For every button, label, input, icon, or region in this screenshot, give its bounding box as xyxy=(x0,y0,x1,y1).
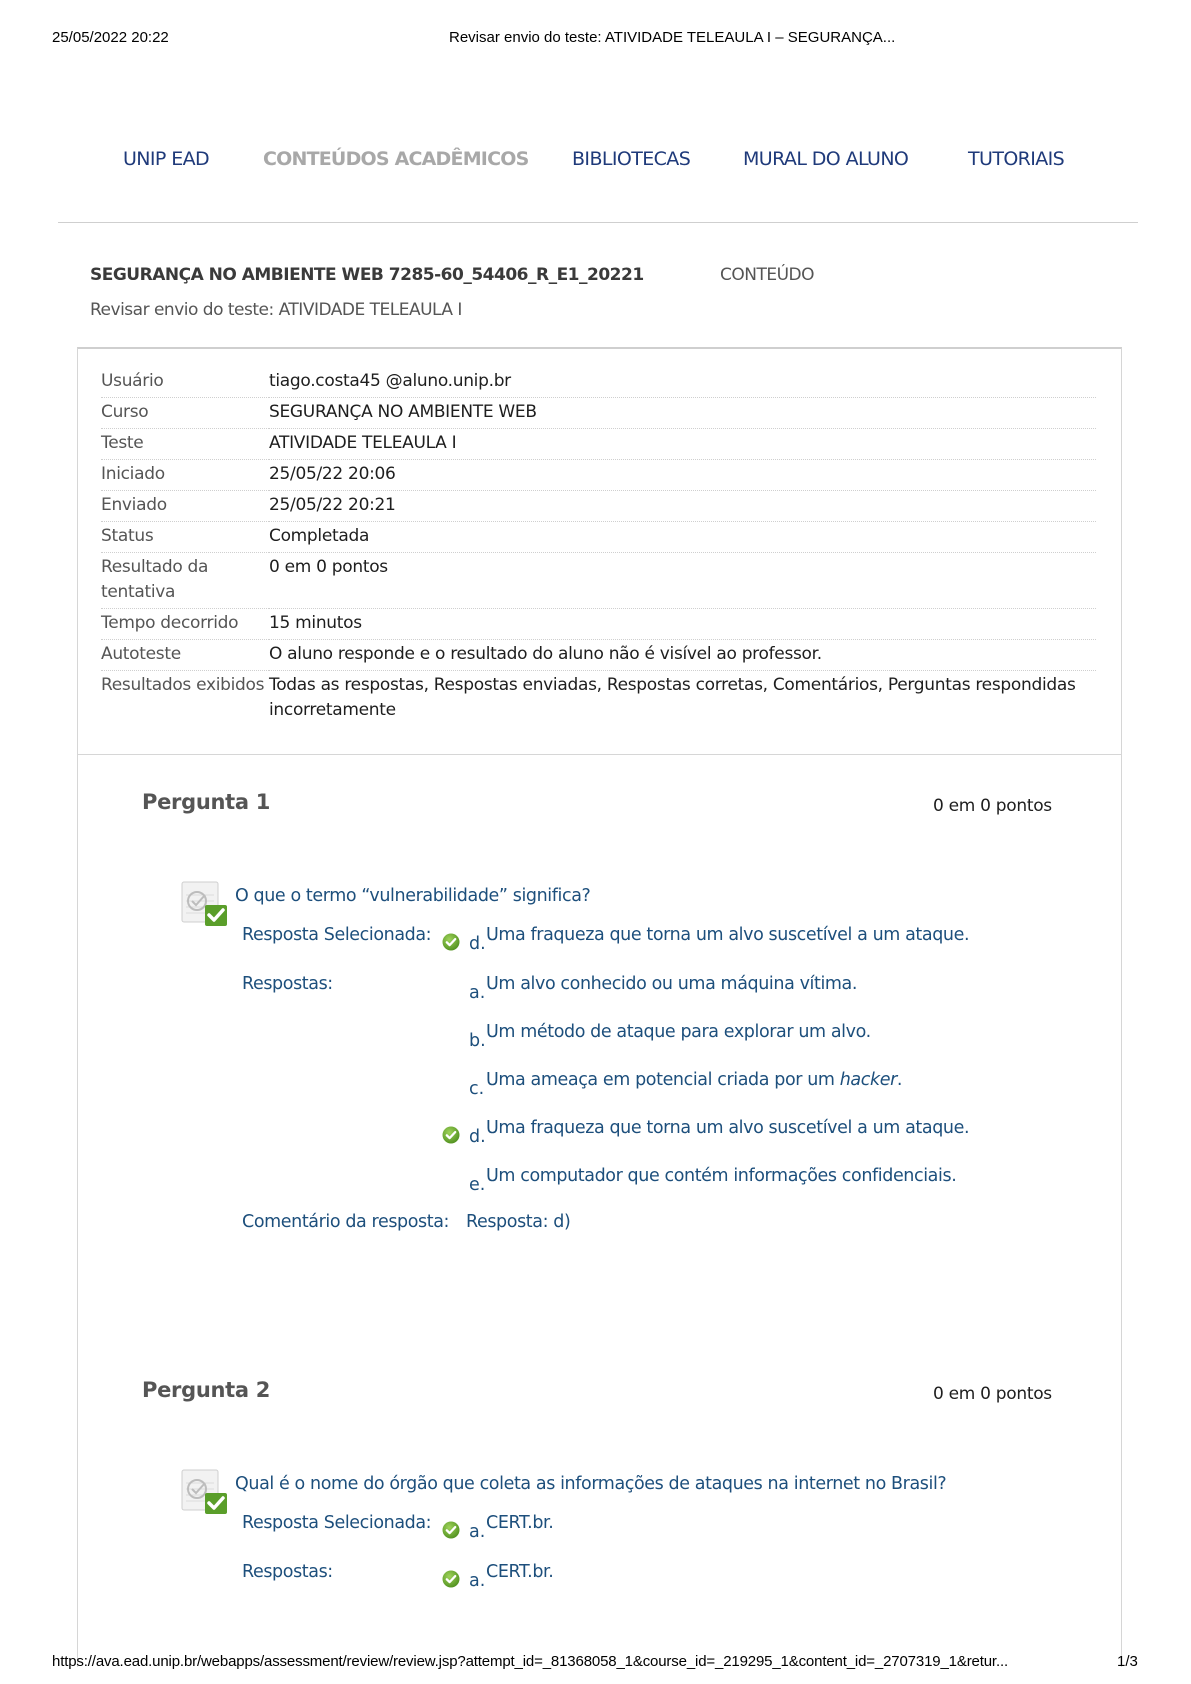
answer-text: Uma fraqueza que torna um alvo suscetíve… xyxy=(486,925,969,945)
breadcrumb: Revisar envio do teste: ATIVIDADE TELEAU… xyxy=(90,300,462,320)
nav-tutoriais[interactable]: TUTORIAIS xyxy=(968,148,1064,170)
nav-conteudos-academicos[interactable]: CONTEÚDOS ACADÊMICOS xyxy=(263,148,528,170)
answer-option-a: a. Um alvo conhecido ou uma máquina víti… xyxy=(442,974,1042,1000)
question-text: O que o termo “vulnerabilidade” signific… xyxy=(235,886,590,906)
answer-letter: b. xyxy=(469,1031,486,1051)
info-row: Enviado25/05/22 20:21 xyxy=(101,491,1096,522)
answer-text: Uma ameaça em potencial criada por um ha… xyxy=(486,1070,902,1090)
answer-letter: d. xyxy=(469,934,486,954)
info-value: tiago.costa45 @aluno.unip.br xyxy=(269,367,1096,398)
answer-text: Uma fraqueza que torna um alvo suscetíve… xyxy=(486,1118,969,1138)
selected-answer-label: Resposta Selecionada: xyxy=(242,1513,431,1533)
question-correct-icon xyxy=(181,1469,229,1515)
info-value: 0 em 0 pontos xyxy=(269,553,1096,609)
print-datetime: 25/05/2022 20:22 xyxy=(52,29,169,46)
info-value: O aluno responde e o resultado do aluno … xyxy=(269,640,1096,671)
correct-check-icon xyxy=(442,1570,460,1588)
info-value: ATIVIDADE TELEAULA I xyxy=(269,429,1096,460)
nav-mural-do-aluno[interactable]: MURAL DO ALUNO xyxy=(743,148,908,170)
print-page-title: Revisar envio do teste: ATIVIDADE TELEAU… xyxy=(449,29,895,46)
info-value: SEGURANÇA NO AMBIENTE WEB xyxy=(269,398,1096,429)
info-row: Iniciado25/05/22 20:06 xyxy=(101,460,1096,491)
print-page-number: 1/3 xyxy=(1117,1653,1138,1670)
info-row: Resultados exibidosTodas as respostas, R… xyxy=(101,671,1096,727)
answer-letter: a. xyxy=(469,1571,485,1591)
answers-label: Respostas: xyxy=(242,974,333,994)
answer-text: Um alvo conhecido ou uma máquina vítima. xyxy=(486,974,857,994)
course-title: SEGURANÇA NO AMBIENTE WEB 7285-60_54406_… xyxy=(90,265,644,285)
selected-answer-label: Resposta Selecionada: xyxy=(242,925,431,945)
comment-value: Resposta: d) xyxy=(466,1212,570,1232)
answer-option-c: c. Uma ameaça em potencial criada por um… xyxy=(442,1070,1042,1096)
attempt-info-panel: Usuáriotiago.costa45 @aluno.unip.brCurso… xyxy=(77,347,1122,755)
info-label: Status xyxy=(101,522,269,553)
top-navigation: UNIP EAD CONTEÚDOS ACADÊMICOS BIBLIOTECA… xyxy=(0,148,1191,178)
selected-answer: a. CERT.br. xyxy=(442,1513,1042,1539)
nav-divider xyxy=(58,222,1138,223)
comment-label: Comentário da resposta: xyxy=(242,1212,449,1232)
info-label: Enviado xyxy=(101,491,269,522)
info-label: Autoteste xyxy=(101,640,269,671)
selected-answer: d. Uma fraqueza que torna um alvo suscet… xyxy=(442,925,1042,951)
info-value: 25/05/22 20:06 xyxy=(269,460,1096,491)
answer-letter: a. xyxy=(469,1522,485,1542)
info-label: Usuário xyxy=(101,367,269,398)
question-points: 0 em 0 pontos xyxy=(933,1384,1052,1404)
info-value: Completada xyxy=(269,522,1096,553)
question-title: Pergunta 1 xyxy=(142,790,270,814)
question-text: Qual é o nome do órgão que coleta as inf… xyxy=(235,1474,946,1494)
info-label: Teste xyxy=(101,429,269,460)
nav-unip-ead[interactable]: UNIP EAD xyxy=(123,148,209,170)
info-label: Resultados exibidos xyxy=(101,671,269,727)
info-value: Todas as respostas, Respostas enviadas, … xyxy=(269,671,1096,727)
content-link[interactable]: CONTEÚDO xyxy=(720,265,814,285)
answer-text: Um método de ataque para explorar um alv… xyxy=(486,1022,871,1042)
print-footer: https://ava.ead.unip.br/webapps/assessme… xyxy=(0,1653,1191,1673)
info-row: Tempo decorrido15 minutos xyxy=(101,609,1096,640)
print-header: 25/05/2022 20:22 Revisar envio do teste:… xyxy=(0,29,1191,49)
answer-letter: a. xyxy=(469,983,485,1003)
nav-bibliotecas[interactable]: BIBLIOTECAS xyxy=(572,148,690,170)
answer-text: CERT.br. xyxy=(486,1562,553,1582)
info-label: Resultado da tentativa xyxy=(101,553,269,609)
correct-check-icon xyxy=(442,1126,460,1144)
answer-letter: d. xyxy=(469,1127,486,1147)
answer-letter: c. xyxy=(469,1079,484,1099)
answer-option-d: d. Uma fraqueza que torna um alvo suscet… xyxy=(442,1118,1042,1144)
print-url: https://ava.ead.unip.br/webapps/assessme… xyxy=(52,1653,1008,1670)
info-label: Curso xyxy=(101,398,269,429)
answer-text: Um computador que contém informações con… xyxy=(486,1166,956,1186)
info-label: Iniciado xyxy=(101,460,269,491)
correct-check-icon xyxy=(442,933,460,951)
answer-text: CERT.br. xyxy=(486,1513,553,1533)
info-row: StatusCompletada xyxy=(101,522,1096,553)
answer-letter: e. xyxy=(469,1175,485,1195)
answer-option-e: e. Um computador que contém informações … xyxy=(442,1166,1042,1192)
info-value: 15 minutos xyxy=(269,609,1096,640)
answer-option-a: a. CERT.br. xyxy=(442,1562,1042,1588)
question-correct-icon xyxy=(181,881,229,927)
info-row: Usuáriotiago.costa45 @aluno.unip.br xyxy=(101,367,1096,398)
answer-option-b: b. Um método de ataque para explorar um … xyxy=(442,1022,1042,1048)
info-row: Resultado da tentativa0 em 0 pontos xyxy=(101,553,1096,609)
info-row: TesteATIVIDADE TELEAULA I xyxy=(101,429,1096,460)
correct-check-icon xyxy=(442,1521,460,1539)
info-label: Tempo decorrido xyxy=(101,609,269,640)
info-value: 25/05/22 20:21 xyxy=(269,491,1096,522)
info-row: CursoSEGURANÇA NO AMBIENTE WEB xyxy=(101,398,1096,429)
info-row: AutotesteO aluno responde e o resultado … xyxy=(101,640,1096,671)
attempt-info-table: Usuáriotiago.costa45 @aluno.unip.brCurso… xyxy=(101,367,1096,726)
question-title: Pergunta 2 xyxy=(142,1378,270,1402)
question-points: 0 em 0 pontos xyxy=(933,796,1052,816)
answers-label: Respostas: xyxy=(242,1562,333,1582)
